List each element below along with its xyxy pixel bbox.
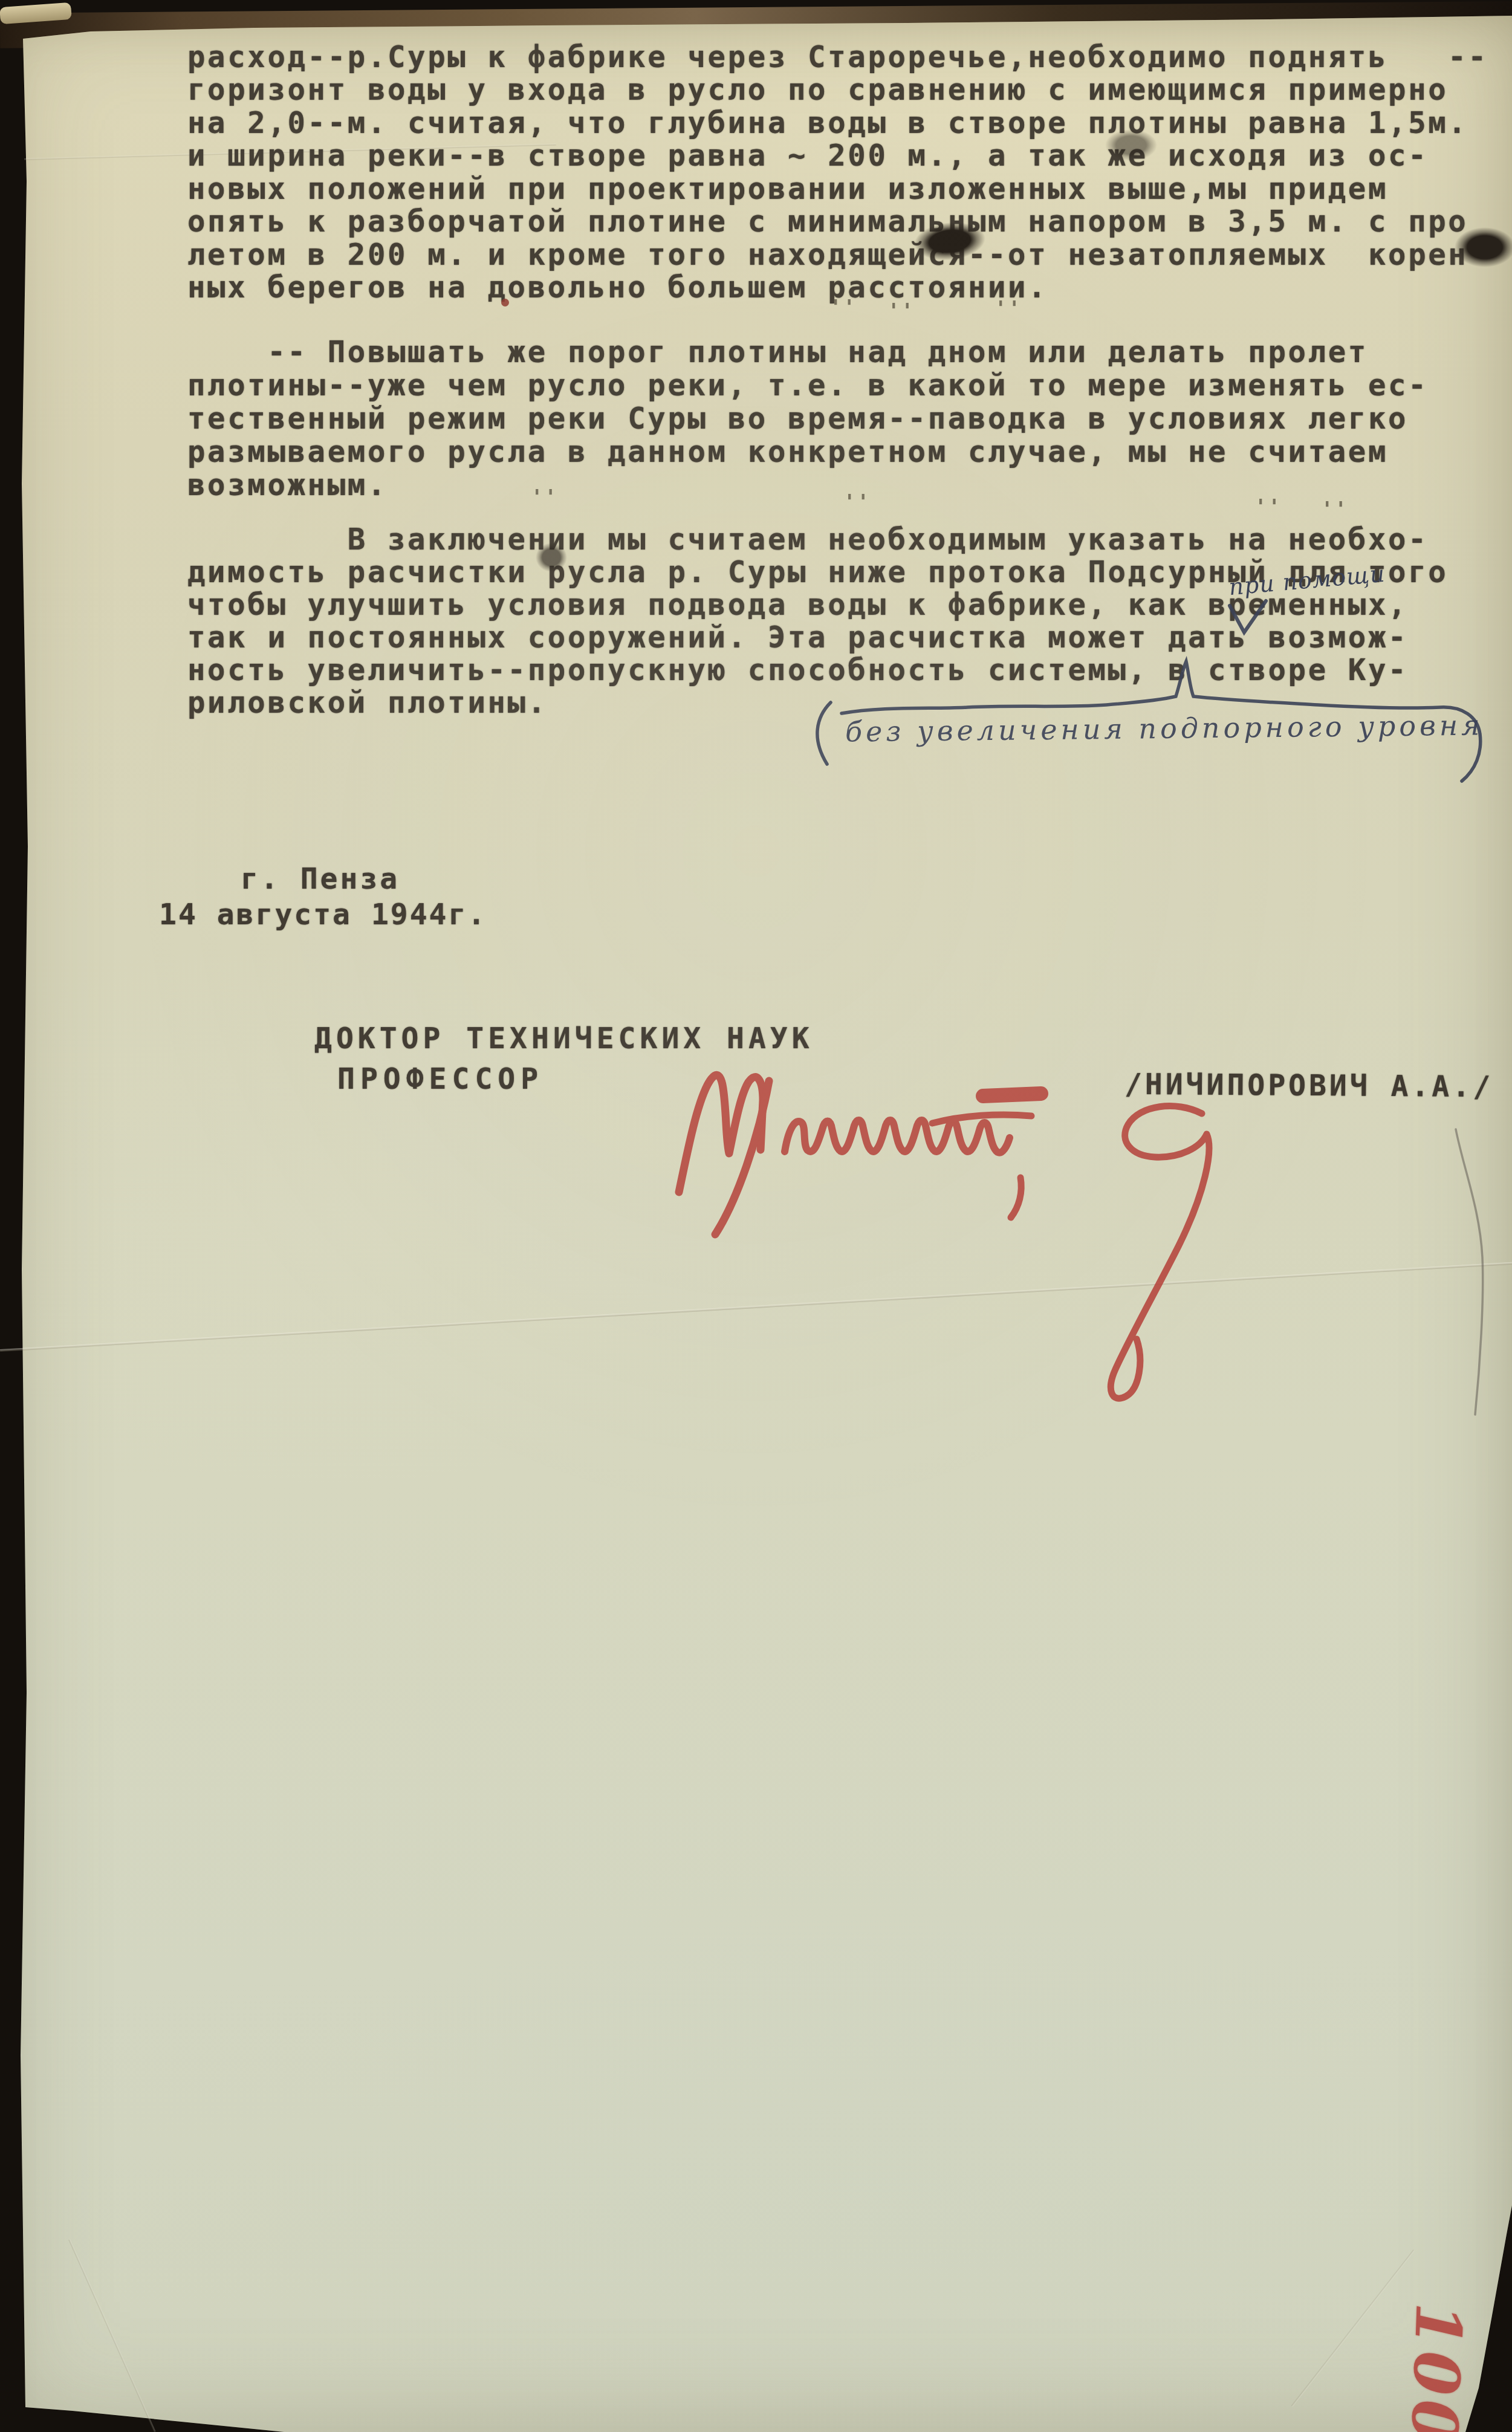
page-number-stamp: 100	[1383, 2301, 1484, 2431]
typed-line: летом в 200 м. и кроме того находящейся-…	[187, 239, 1468, 271]
ink-smudge	[1105, 129, 1157, 161]
typed-line: -- Повышать же порог плотины над дном ил…	[187, 336, 1368, 369]
ditto-mark: ''	[994, 299, 1022, 319]
ditto-mark: ''	[1321, 499, 1348, 520]
ink-smudge	[536, 543, 567, 572]
typed-line: и ширина реки--в створе равна ~ 200 м., …	[187, 140, 1428, 172]
date-line: 14 августа 1944г.	[159, 899, 487, 930]
typed-signer-name: /НИЧИПОРОВИЧ А.А./	[1124, 1069, 1494, 1103]
typed-line: тественный режим реки Суры во время--пав…	[187, 403, 1408, 435]
ditto-mark: ''	[1254, 497, 1282, 517]
typed-line: ность увеличить--пропускную способность …	[187, 654, 1408, 687]
ditto-mark: ''	[531, 487, 558, 508]
typed-line: так и постоянных сооружений. Эта расчист…	[187, 621, 1408, 654]
place-line: г. Пенза	[241, 863, 400, 895]
typed-line: возможным.	[187, 469, 388, 502]
ditto-mark: ''	[829, 297, 857, 318]
typed-line: плотины--уже чем русло реки, т.е. в како…	[187, 369, 1428, 402]
handwritten-marginal-note: без увеличения подпорного уровня	[845, 709, 1484, 748]
typed-line: чтобы улучшить условия подвода воды к фа…	[187, 589, 1408, 621]
typed-line: В заключении мы считаем необходимым указ…	[187, 524, 1428, 556]
signer-title: ДОКТОР ТЕХНИЧЕСКИХ НАУК	[314, 1023, 814, 1054]
typed-line: опять к разборчатой плотине с минимальны…	[187, 206, 1468, 238]
typed-line: риловской плотины.	[187, 687, 548, 719]
typed-line: размываемого русла в данном конкретном с…	[187, 436, 1388, 469]
red-speck	[501, 299, 509, 306]
typed-line: новых положений при проектировании излож…	[187, 173, 1388, 206]
typed-line: горизонт воды у входа в русло по сравнен…	[187, 74, 1448, 106]
signer-title: ПРОФЕССОР	[337, 1063, 543, 1095]
ink-blot	[1455, 227, 1512, 267]
typed-line: ных берегов на довольно большем расстоян…	[187, 271, 1048, 304]
ditto-mark: ''	[887, 301, 915, 322]
ditto-mark: ''	[843, 492, 871, 513]
typed-line: расход--р.Суры к фабрике через Старoречь…	[187, 41, 1488, 74]
typed-line: на 2,0--м. считая, что глубина воды в ст…	[187, 107, 1468, 140]
